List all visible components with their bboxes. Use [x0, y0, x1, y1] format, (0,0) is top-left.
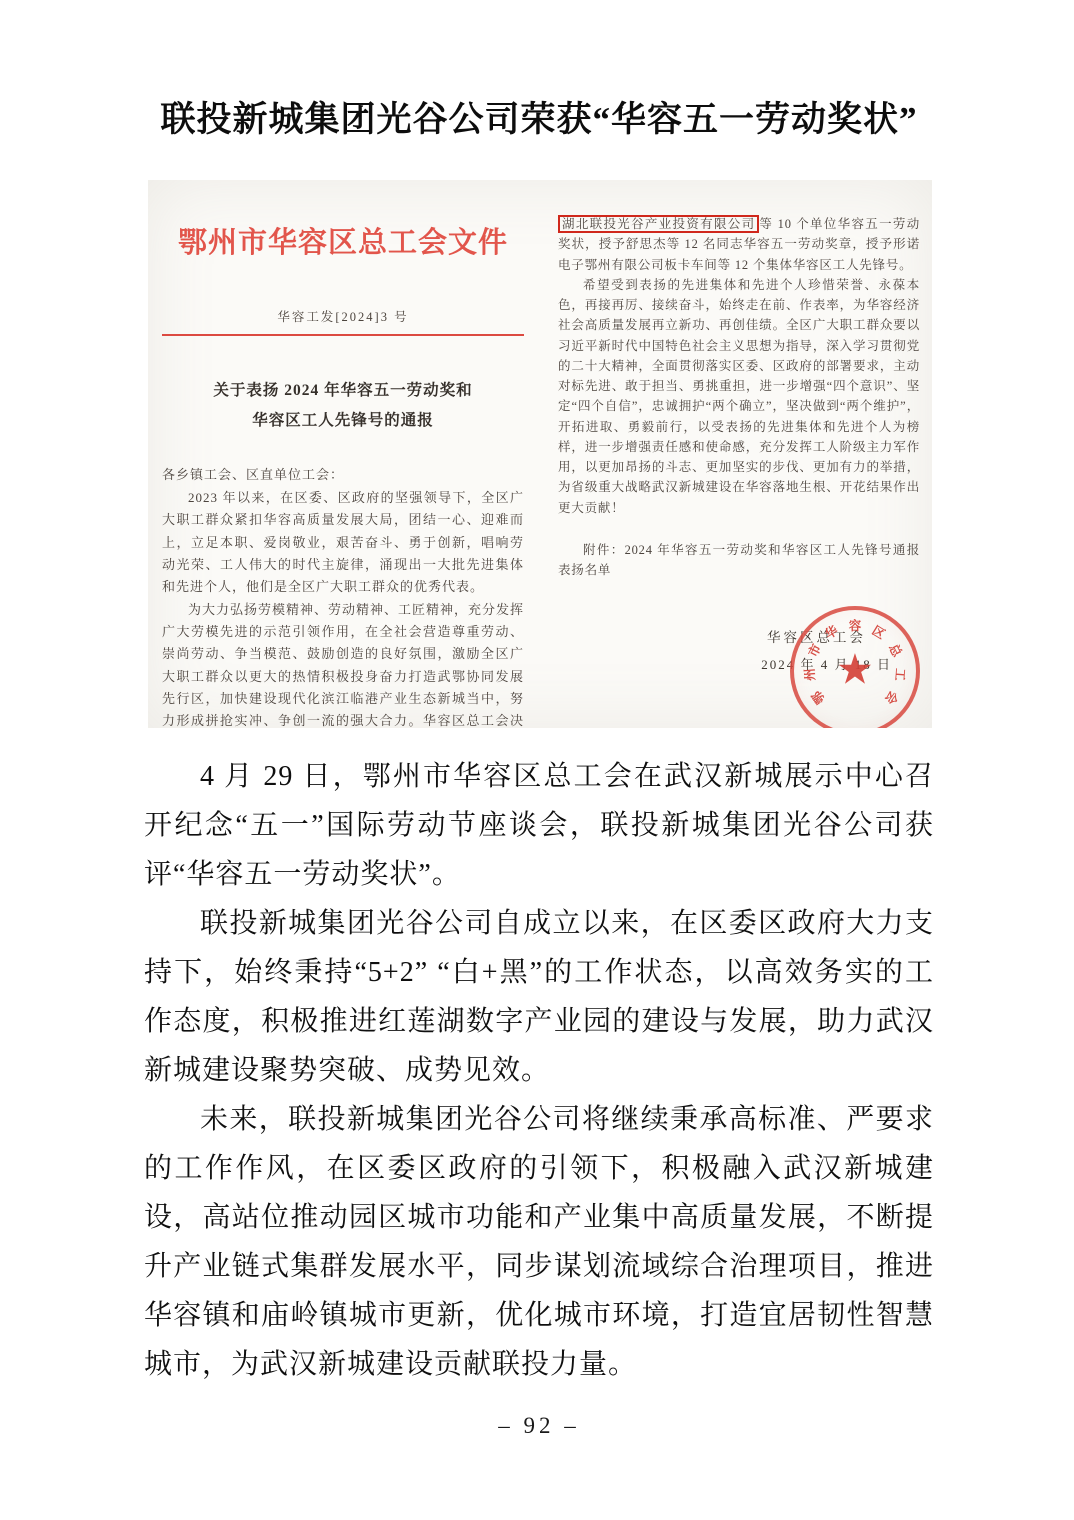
scan-doc-number: 华容工发[2024]3 号	[162, 307, 524, 325]
page-number: – 92 –	[144, 1413, 934, 1439]
article-body: 4 月 29 日，鄂州市华容区总工会在武汉新城展示中心召开纪念“五一”国际劳动节…	[144, 752, 934, 1389]
scan-left-page: 鄂州市华容区总工会文件 华容工发[2024]3 号 关于表扬 2024 年华容五…	[162, 206, 524, 728]
red-rule-divider	[162, 334, 524, 336]
scan-doc-title-line1: 关于表扬 2024 年华容五一劳动奖和	[162, 376, 524, 406]
article-paragraph: 联投新城集团光谷公司自成立以来，在区委区政府大力支持下，始终秉持“5+2” “白…	[144, 899, 934, 1095]
scan-org-header: 鄂州市华容区总工会文件	[162, 220, 524, 261]
scan-left-body: 各乡镇工会、区直单位工会： 2023 年以来，在区委、区政府的坚强领导下，全区广…	[162, 464, 524, 728]
scan-doc-title: 关于表扬 2024 年华容五一劳动奖和 华容区工人先锋号的通报	[162, 376, 524, 436]
scan-right-paragraph: 湖北联投光谷产业投资有限公司等 10 个单位华容五一劳动奖状，授予舒思杰等 12…	[558, 214, 920, 275]
scan-right-body: 湖北联投光谷产业投资有限公司等 10 个单位华容五一劳动奖状，授予舒思杰等 12…	[558, 214, 920, 580]
scan-doc-title-line2: 华容区工人先锋号的通报	[162, 406, 524, 436]
document-page: 联投新城集团光谷公司荣获“华容五一劳动奖状” 鄂州市华容区总工会文件 华容工发[…	[0, 0, 1074, 1520]
scan-attachment-line: 附件：2024 年华容五一劳动奖和华容区工人先锋号通报表扬名单	[558, 540, 920, 581]
article-title: 联投新城集团光谷公司荣获“华容五一劳动奖状”	[144, 92, 934, 142]
highlighted-company-box: 湖北联投光谷产业投资有限公司	[558, 215, 759, 233]
star-icon: ★	[836, 645, 874, 694]
scan-right-paragraph: 希望受到表扬的先进集体和先进个人珍惜荣誉、永葆本色，再接再厉、接续奋斗，始终走在…	[558, 275, 920, 518]
scanned-document-image: 鄂州市华容区总工会文件 华容工发[2024]3 号 关于表扬 2024 年华容五…	[148, 180, 932, 728]
scan-right-page: 湖北联投光谷产业投资有限公司等 10 个单位华容五一劳动奖状，授予舒思杰等 12…	[558, 206, 920, 728]
article-paragraph: 未来，联投新城集团光谷公司将继续秉承高标准、严要求的工作作风，在区委区政府的引领…	[144, 1095, 934, 1389]
official-seal: 鄂州市华容区总工会 ★	[790, 606, 920, 728]
article-paragraph: 4 月 29 日，鄂州市华容区总工会在武汉新城展示中心召开纪念“五一”国际劳动节…	[144, 752, 934, 899]
scan-left-paragraph: 2023 年以来，在区委、区政府的坚强领导下，全区广大职工群众紧扣华容高质量发展…	[162, 487, 524, 599]
signature-block: 华容区总工会 2024 年 4 月 18 日 鄂州市华容区总工会 ★	[558, 626, 920, 728]
scan-salutation: 各乡镇工会、区直单位工会：	[162, 464, 524, 486]
scan-left-paragraph: 为大力弘扬劳模精神、劳动精神、工匠精神，充分发挥广大劳模先进的示范引领作用，在全…	[162, 599, 524, 728]
